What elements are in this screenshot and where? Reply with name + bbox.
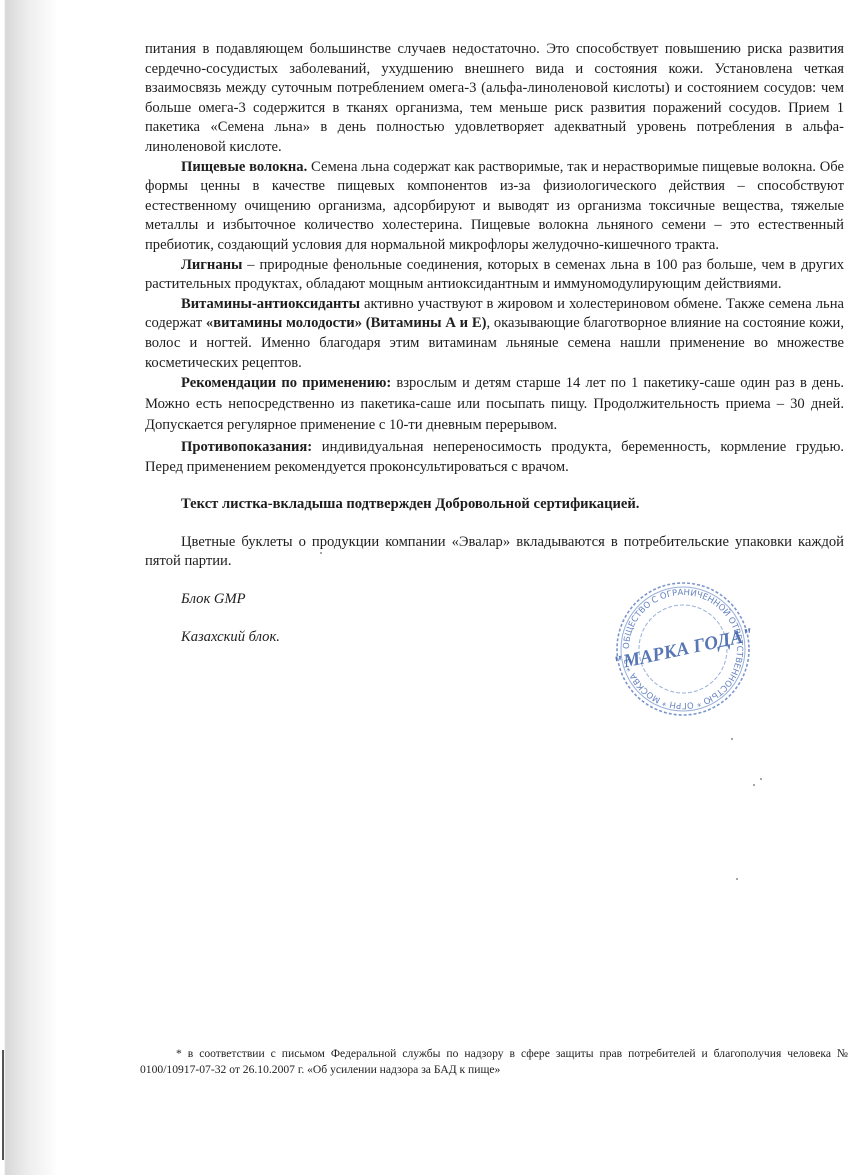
certification-note: Текст листка-вкладыша подтвержден Добров… (145, 495, 844, 515)
paragraph-vitamins: Витамины-антиоксиданты активно участвуют… (145, 295, 844, 373)
paragraph-lead: Рекомендации по применению: (181, 375, 391, 391)
scan-speck (760, 778, 762, 780)
scan-speck (736, 878, 738, 880)
booklets-note: Цветные буклеты о продукции компании «Эв… (145, 533, 844, 572)
footnote-text: * в соответствии с письмом Федеральной с… (140, 1046, 848, 1077)
paragraph-lead: Лигнаны (181, 257, 242, 273)
company-stamp: ОБЩЕСТВО С ОГРАНИЧЕННОЙ ОТВЕТСТВЕННОСТЬЮ… (613, 580, 753, 718)
paragraph-fiber: Пищевые волокна. Семена льна содержат ка… (145, 158, 844, 256)
paragraph-usage: Рекомендации по применению: взрослым и д… (145, 373, 844, 436)
scan-edge-mark (2, 1050, 4, 1160)
paragraph-contraindications: Противопоказания: индивидуальная неперен… (145, 438, 844, 477)
paragraph-lignans: Лигнаны – природные фенольные соединения… (145, 256, 844, 295)
paragraph-lead: Пищевые волокна. (181, 159, 307, 175)
scan-speck (320, 552, 322, 554)
scan-left-edge (0, 0, 6, 1175)
paragraph-text: питания в подавляющем большинстве случае… (145, 41, 844, 155)
stamp-seal-icon: ОБЩЕСТВО С ОГРАНИЧЕННОЙ ОТВЕТСТВЕННОСТЬЮ… (613, 580, 753, 718)
scan-left-shadow (0, 0, 58, 1175)
paragraph-lead: Витамины-антиоксиданты (181, 296, 360, 312)
footnote: * в соответствии с письмом Федеральной с… (140, 1046, 848, 1077)
document-body: питания в подавляющем большинстве случае… (145, 40, 844, 647)
paragraph-text: – природные фенольные соединения, которы… (145, 257, 844, 293)
paragraph-lead: Противопоказания: (181, 439, 312, 455)
scan-speck (731, 738, 733, 740)
paragraph-omega: питания в подавляющем большинстве случае… (145, 40, 844, 158)
scan-speck (753, 784, 755, 786)
paragraph-bold-phrase: «витамины молодости» (Витамины А и Е) (206, 315, 487, 331)
